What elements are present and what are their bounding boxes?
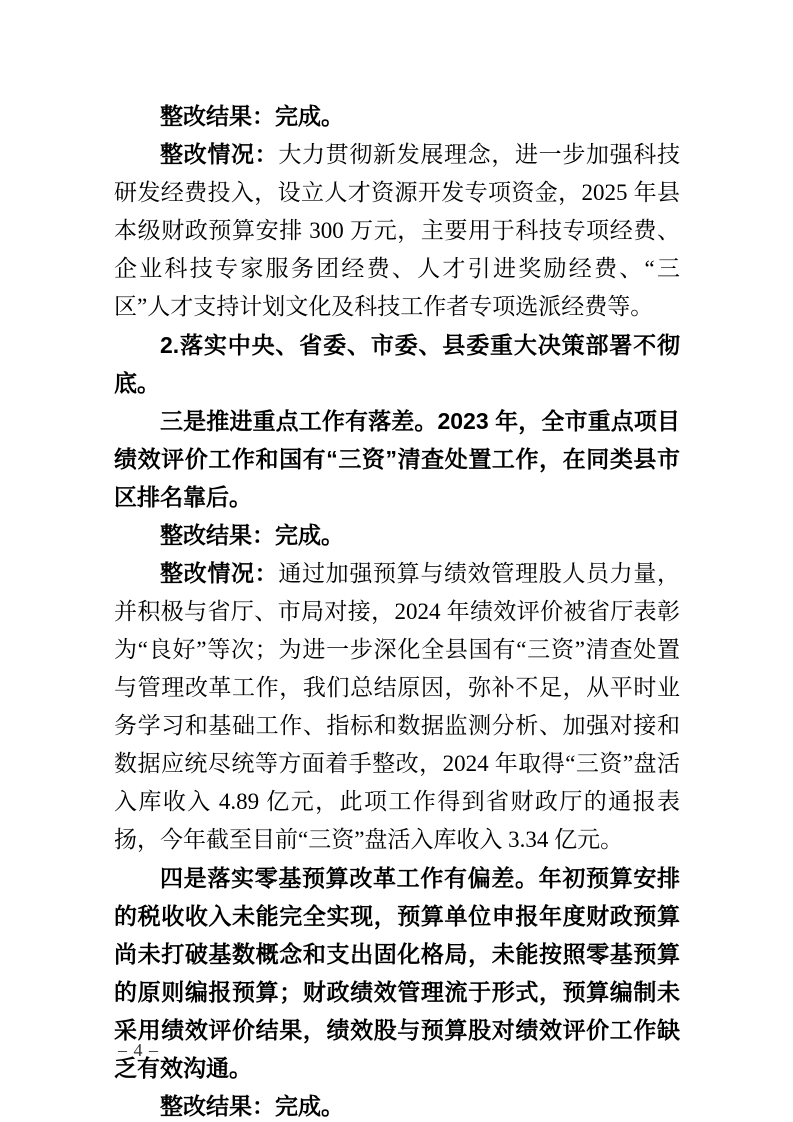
rectification-detail-2-label: 整改情况： xyxy=(160,560,278,586)
issue-third-paragraph: 三是推进重点工作有落差。2023 年，全市重点项目绩效评价工作和国有“三资”清查… xyxy=(114,402,680,516)
rectification-detail-2: 整改情况：通过加强预算与绩效管理股人员力量，并积极与省厅、市局对接，2024 年… xyxy=(114,554,680,859)
document-page: 整改结果：完成。 整改情况：大力贯彻新发展理念，进一步加强科技研发经费投入，设立… xyxy=(0,0,793,1122)
issue-fourth-paragraph: 四是落实零基预算改革工作有偏差。年初预算安排的税收收入未能完全实现，预算单位申报… xyxy=(114,859,680,1087)
issue-2-heading: 2.落实中央、省委、市委、县委重大决策部署不彻底。 xyxy=(114,326,680,402)
rectification-result-2: 整改结果：完成。 xyxy=(114,516,680,554)
rectification-result-1: 整改结果：完成。 xyxy=(114,97,680,135)
rectification-result-3: 整改结果：完成。 xyxy=(114,1087,680,1122)
rectification-detail-1-body: 大力贯彻新发展理念，进一步加强科技研发经费投入，设立人才资源开发专项资金，202… xyxy=(114,142,680,319)
rectification-detail-1-label: 整改情况： xyxy=(160,141,278,167)
page-number: – 4 – xyxy=(118,1040,159,1061)
document-body: 整改结果：完成。 整改情况：大力贯彻新发展理念，进一步加强科技研发经费投入，设立… xyxy=(114,97,680,1122)
rectification-detail-1: 整改情况：大力贯彻新发展理念，进一步加强科技研发经费投入，设立人才资源开发专项资… xyxy=(114,135,680,326)
rectification-detail-2-body: 通过加强预算与绩效管理股人员力量，并积极与省厅、市局对接，2024 年绩效评价被… xyxy=(114,561,680,852)
